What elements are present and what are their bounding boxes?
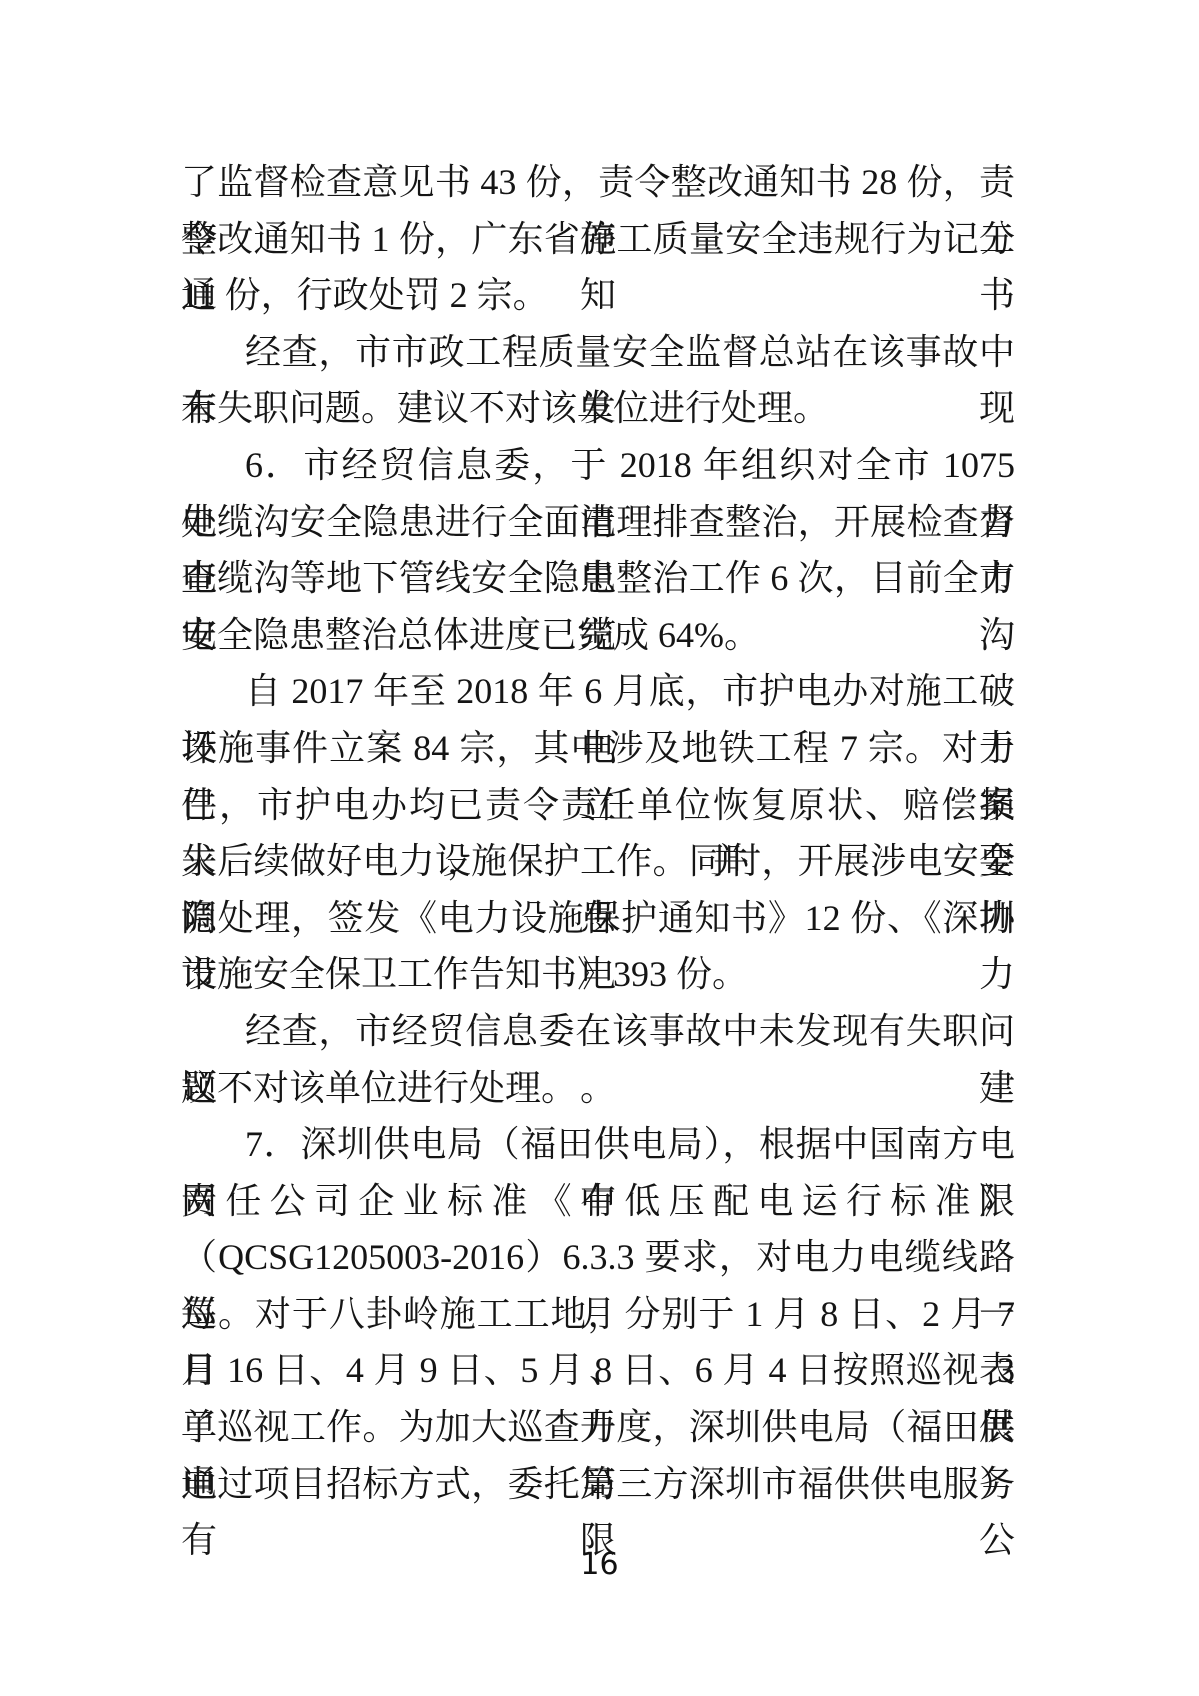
text-line: （QCSG1205003-2016）6.3.3 要求，对电力电缆线路每月一 <box>181 1229 1015 1286</box>
text-line: 巡。对于八卦岭施工工地，分别于 1 月 8 日、2 月 7 日、3 <box>181 1286 1015 1343</box>
text-line: 自 2017 年至 2018 年 6 月底，市护电办对施工破坏电力 <box>181 663 1015 720</box>
text-line: 6．市经贸信息委，于 2018 年组织对全市 1075 处电力 <box>181 437 1015 494</box>
text-line: 电缆沟等地下管线安全隐患整治工作 6 次，目前全市电缆沟 <box>181 550 1015 607</box>
text-line: 了巡视工作。为加大巡查力度，深圳供电局（福田供电局） <box>181 1399 1015 1456</box>
text-line: 调处理，签发《电力设施保护通知书》12 份、《深圳市电力 <box>181 890 1015 947</box>
page-number: 16 <box>0 1548 1199 1582</box>
text-line: 设施事件立案 84 宗，其中涉及地铁工程 7 宗。对于已立案 <box>181 720 1015 777</box>
text-line: 求后续做好电力设施保护工作。同时，开展涉电安全隐患协 <box>181 833 1015 890</box>
text-line: 经查，市经贸信息委在该事故中未发现有失职问题。建 <box>181 1003 1015 1060</box>
text-line: 月 16 日、4 月 9 日、5 月 8 日、6 月 4 日按照巡视表单开展 <box>181 1342 1015 1399</box>
text-line: 件，市护电办均已责令责任单位恢复原状、赔偿损失，并要 <box>181 777 1015 834</box>
document-body: 了监督检查意见书 43 份，责令整改通知书 28 份，责令停工 整改通知书 1 … <box>181 154 1015 1512</box>
text-line: 了监督检查意见书 43 份，责令整改通知书 28 份，责令停工 <box>181 154 1015 211</box>
document-page: 了监督检查意见书 43 份，责令整改通知书 28 份，责令停工 整改通知书 1 … <box>0 0 1199 1696</box>
text-line: 经查，市市政工程质量安全监督总站在该事故中未发现 <box>181 324 1015 381</box>
text-line: 责任公司企业标准《中低压配电运行标准》 <box>181 1173 1015 1230</box>
text-line: 电缆沟安全隐患进行全面清理排查整治，开展检查督查电力 <box>181 494 1015 551</box>
text-line: 通过项目招标方式，委托第三方深圳市福供供电服务有限公 <box>181 1456 1015 1513</box>
text-line: 7．深圳供电局（福田供电局），根据中国南方电网有限 <box>181 1116 1015 1173</box>
text-line: 整改通知书 1 份，广东省施工质量安全违规行为记分通知书 <box>181 211 1015 268</box>
